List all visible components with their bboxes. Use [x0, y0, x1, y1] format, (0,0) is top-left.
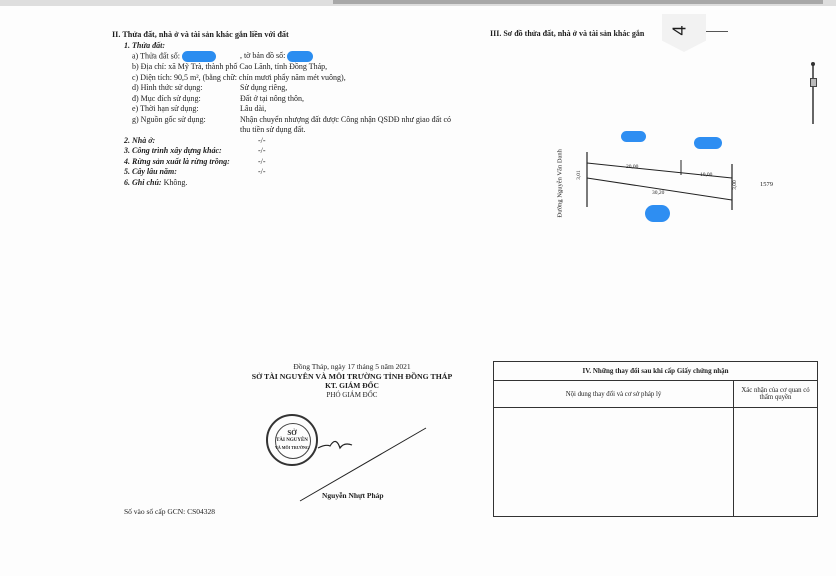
- redacted-map-sheet: [287, 51, 313, 62]
- neighbor-parcel-number: 1579: [760, 181, 773, 188]
- signer-name: Nguyễn Nhựt Pháp: [322, 491, 384, 500]
- item-label: 2. Nhà ở:: [124, 136, 155, 145]
- usage-form-row: d) Hình thức sử dụng:Sử dụng riêng,: [112, 83, 472, 94]
- parcel-number-row: a) Thửa đất số: , tờ bản đồ số:: [112, 51, 472, 62]
- signature-block: Đồng Tháp, ngày 17 tháng 5 năm 2021 SỞ T…: [222, 362, 482, 400]
- field-value: Đất ở tại nông thôn,: [240, 94, 460, 105]
- usage-origin-row: g) Nguồn gốc sử dụng:Nhận chuyển nhượng …: [112, 115, 472, 136]
- usage-term-row: e) Thời hạn sử dụng:Lâu dài,: [112, 104, 472, 115]
- house-row: 2. Nhà ở:-/-: [112, 136, 472, 147]
- item-value: -/-: [258, 157, 266, 168]
- official-seal-icon: SỞ TÀI NGUYÊN VÀ MÔI TRƯỜNG: [266, 414, 318, 466]
- note-label: 6. Ghi chú:: [124, 178, 162, 187]
- section3-heading: III. Sơ đồ thửa đất, nhà ở và tài sản kh…: [490, 29, 644, 38]
- confirmation-cell: [734, 408, 818, 517]
- field-value: Lâu dài,: [240, 104, 460, 115]
- field-value: Sử dụng riêng,: [240, 83, 460, 94]
- area-row: c) Diện tích: 90,5 m², (bằng chữ: chín m…: [112, 73, 472, 84]
- note-value: Không.: [164, 178, 188, 187]
- redacted-parcel-number: [182, 51, 216, 62]
- section-land-info: II. Thửa đất, nhà ở và tài sản khác gắn …: [112, 30, 472, 188]
- field-label: g) Nguồn gốc sử dụng:: [132, 115, 240, 126]
- on-behalf-of: KT. GIÁM ĐỐC: [222, 381, 482, 391]
- plantation-forest-row: 4. Rừng sản xuất là rừng trồng:-/-: [112, 157, 472, 168]
- column-header-confirmation: Xác nhận của cơ quan có thẩm quyền: [734, 381, 818, 408]
- field-label: đ) Mục đích sử dụng:: [132, 94, 240, 105]
- column-header-content: Nội dung thay đổi và cơ sở pháp lý: [494, 381, 734, 408]
- redaction-mark: [621, 131, 646, 142]
- divider: [706, 31, 728, 32]
- redaction-mark: [645, 205, 670, 222]
- land-heading: 1. Thửa đất:: [112, 41, 472, 52]
- item-value: -/-: [258, 167, 266, 178]
- other-construction-row: 3. Công trình xây dựng khác:-/-: [112, 146, 472, 157]
- section2-heading: II. Thửa đất, nhà ở và tài sản khác gắn …: [112, 30, 472, 41]
- signer-title: PHÓ GIÁM ĐỐC: [222, 391, 482, 401]
- dim-top-right: 10,00: [700, 172, 712, 178]
- item-label: 3. Công trình xây dựng khác:: [124, 146, 222, 155]
- usage-purpose-row: đ) Mục đích sử dụng:Đất ở tại nông thôn,: [112, 94, 472, 105]
- note-row: 6. Ghi chú: Không.: [112, 178, 472, 189]
- registry-number: Số vào sổ cấp GCN: CS04328: [124, 507, 215, 516]
- section4-heading: IV. Những thay đổi sau khi cấp Giấy chứn…: [494, 362, 818, 381]
- page-number: 4: [670, 25, 691, 35]
- perennial-trees-row: 5. Cây lâu năm:-/-: [112, 167, 472, 178]
- parcel-sketch: [550, 120, 810, 230]
- field-value: Nhận chuyển nhượng đất được Công nhận QS…: [240, 115, 460, 136]
- item-label: 5. Cây lâu năm:: [124, 167, 177, 176]
- dim-top-left: 20,00: [626, 164, 638, 170]
- place-date: Đồng Tháp, ngày 17 tháng 5 năm 2021: [222, 362, 482, 372]
- field-label: d) Hình thức sử dụng:: [132, 83, 240, 94]
- map-sheet-label: , tờ bản đồ số:: [240, 51, 285, 60]
- issuing-agency: SỞ TÀI NGUYÊN VÀ MÔI TRƯỜNG TỈNH ĐỒNG TH…: [222, 372, 482, 382]
- change-content-cell: [494, 408, 734, 517]
- north-arrow-icon: [812, 64, 814, 124]
- parcel-number-label: a) Thửa đất số:: [132, 51, 180, 60]
- field-label: e) Thời hạn sử dụng:: [132, 104, 240, 115]
- address-row: b) Địa chỉ: xã Mỹ Trà, thành phố Cao Lãn…: [112, 62, 472, 73]
- redaction-mark: [694, 137, 722, 149]
- dim-left: 3,01: [576, 170, 582, 180]
- changes-table: IV. Những thay đổi sau khi cấp Giấy chứn…: [493, 361, 818, 517]
- dim-right: 3,00: [732, 180, 738, 190]
- scrollbar-thumb[interactable]: [333, 0, 823, 4]
- dim-bottom: 30,20: [652, 190, 664, 196]
- item-value: -/-: [258, 146, 266, 157]
- item-value: -/-: [258, 136, 266, 147]
- item-label: 4. Rừng sản xuất là rừng trồng:: [124, 157, 230, 166]
